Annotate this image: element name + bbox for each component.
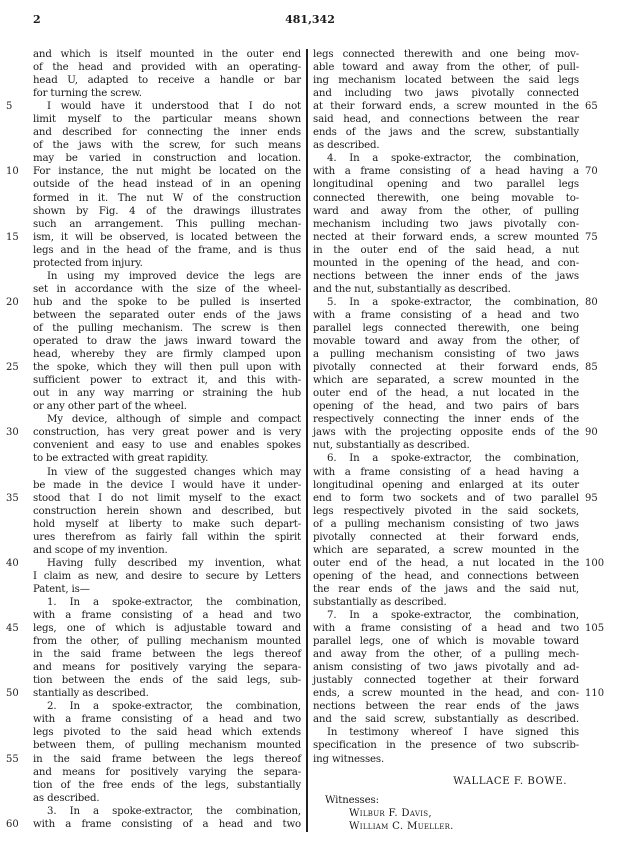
text-line: ures therefrom as fairly fall within the… (33, 531, 301, 544)
margin-line-number: 105 (585, 622, 604, 635)
text-line: head, whereby they are firmly clamped up… (33, 348, 301, 361)
text-line: For instance, the nut might be located o… (33, 165, 301, 178)
text-line: end to form two sockets and of two paral… (313, 492, 579, 505)
text-line: between them, of pulling mechanism mount… (33, 739, 301, 752)
text-line: in the said frame between the legs there… (33, 753, 301, 766)
text-line: which are separated, a screw mounted in … (313, 374, 579, 387)
text-line: legs pivoted to the said head which exte… (33, 726, 301, 739)
left-text-column: and which is itself mounted in the outer… (33, 48, 301, 831)
text-line: may be varied in construction and locati… (33, 152, 301, 165)
text-line: nected at their forward ends, a screw mo… (313, 231, 579, 244)
text-line: legs and in the head of the frame, and i… (33, 244, 301, 257)
text-line: in the outer end of the said head, a nut (313, 244, 579, 257)
text-line: I would have it understood that I do not (33, 100, 301, 113)
text-line: which are separated, a screw mounted in … (313, 544, 579, 557)
text-line: of the head and provided with an operati… (33, 61, 301, 74)
margin-line-number: 70 (585, 165, 598, 178)
text-line: limit myself to the particular means sho… (33, 113, 301, 126)
text-line: My device, although of simple and compac… (33, 413, 301, 426)
text-line: connected therewith, one being movable t… (313, 192, 579, 205)
text-line: outside of the head instead of in an ope… (33, 178, 301, 191)
margin-line-number: 40 (6, 557, 19, 570)
margin-line-number: 50 (6, 687, 19, 700)
text-line: of the pulling mechanism. The screw is t… (33, 322, 301, 335)
margin-line-number: 25 (6, 361, 19, 374)
margin-line-number: 85 (585, 361, 598, 374)
text-line: the spoke, which they will then pull upo… (33, 361, 301, 374)
text-line: construction, has very great power and i… (33, 426, 301, 439)
text-line: stood that I do not limit myself to the … (33, 492, 301, 505)
witness-name: Wilbur F. Davis, (313, 807, 579, 820)
text-line: of the jaws with the screw, for such mea… (33, 139, 301, 152)
text-line: able toward and away from the other, of … (313, 61, 579, 74)
text-line: and which is itself mounted in the outer… (33, 48, 301, 61)
text-line: tion between the ends of the said legs, … (33, 674, 301, 687)
text-line: Having fully described my invention, wha… (33, 557, 301, 570)
text-line: be made in the device I would have it un… (33, 479, 301, 492)
margin-line-number: 60 (6, 818, 19, 831)
margin-line-number: 95 (585, 492, 598, 505)
text-line: opening of the head, and two pairs of ba… (313, 400, 579, 413)
text-line: from the other, of pulling mechanism mou… (33, 635, 301, 648)
text-line: with a frame consisting of a head and tw… (33, 818, 301, 831)
text-line: as described. (313, 139, 579, 152)
text-line: with a frame consisting of a head and tw… (313, 622, 579, 635)
text-line: legs connected therewith and one being m… (313, 48, 579, 61)
text-line: legs respectively pivoted in the said so… (313, 505, 579, 518)
text-line: to be extracted with great rapidity. (33, 452, 301, 465)
margin-line-number: 35 (6, 492, 19, 505)
witness-name: William C. Mueller. (313, 820, 579, 833)
text-line: opening of the head, and connections bet… (313, 570, 579, 583)
column-divider (306, 49, 308, 832)
margin-line-number: 45 (6, 622, 19, 635)
text-line: anism consisting of two jaws pivotally a… (313, 661, 579, 674)
margin-line-number: 65 (585, 100, 598, 113)
text-line: as described. (33, 792, 301, 805)
text-line: with a frame consisting of a head having… (313, 165, 579, 178)
text-line: outer end of the head, a nut located in … (313, 387, 579, 400)
text-line: 6. In a spoke-extractor, the combination… (313, 452, 579, 465)
text-line: in the said frame between the legs there… (33, 648, 301, 661)
text-line: pivotally connected at their forward end… (313, 531, 579, 544)
text-line: and scope of my invention. (33, 544, 301, 557)
margin-line-number: 75 (585, 231, 598, 244)
text-line: with a frame consisting of a head and tw… (33, 713, 301, 726)
text-line: a pulling mechanism consisting of two ja… (313, 348, 579, 361)
right-text-column: legs connected therewith and one being m… (313, 48, 579, 833)
text-line: for turning the screw. (33, 87, 301, 100)
text-line: and the nut, substantially as described. (313, 283, 579, 296)
text-line: tion of the free ends of the legs, subst… (33, 779, 301, 792)
text-line: and described for connecting the inner e… (33, 126, 301, 139)
text-line: protected from injury. (33, 257, 301, 270)
text-line: between the separated outer ends of the … (33, 309, 301, 322)
text-line: nut, substantially as described. (313, 439, 579, 452)
text-line: and away from the other, of a pulling me… (313, 648, 579, 661)
text-line: operated to draw the jaws inward toward … (33, 335, 301, 348)
text-line: or any other part of the wheel. (33, 400, 301, 413)
margin-line-number: 15 (6, 231, 19, 244)
text-line: specification in the presence of two sub… (313, 739, 579, 752)
text-line: 4. In a spoke-extractor, the combination… (313, 152, 579, 165)
text-line: with a frame consisting of a head and tw… (313, 309, 579, 322)
text-line: with a frame consisting of a head and tw… (33, 609, 301, 622)
text-line: set in accordance with the size of the w… (33, 283, 301, 296)
text-line: Patent, is— (33, 583, 301, 596)
text-line: and including two jaws pivotally connect… (313, 87, 579, 100)
text-line: head U, adapted to receive a handle or b… (33, 74, 301, 87)
margin-line-number: 5 (6, 100, 12, 113)
text-line: of a pulling mechanism consisting of two… (313, 518, 579, 531)
text-line: mounted in the opening of the head, and … (313, 257, 579, 270)
text-line: said head, and connections between the r… (313, 113, 579, 126)
margin-line-number: 90 (585, 426, 598, 439)
text-line: the rear ends of the jaws and the said n… (313, 583, 579, 596)
text-line: 1. In a spoke-extractor, the combination… (33, 596, 301, 609)
text-line: ing mechanism located between the said l… (313, 74, 579, 87)
text-line: pivotally connected at their forward end… (313, 361, 579, 374)
text-line: out in any way marring or straining the … (33, 387, 301, 400)
margin-line-number: 80 (585, 296, 598, 309)
text-line: In view of the suggested changes which m… (33, 466, 301, 479)
text-line: at their forward ends, a screw mounted i… (313, 100, 579, 113)
text-line: such an arrangement. This pulling mechan… (33, 218, 301, 231)
text-line: formed in it. The nut W of the construct… (33, 192, 301, 205)
text-line: jaws with the projecting opposite ends o… (313, 426, 579, 439)
margin-line-number: 30 (6, 426, 19, 439)
text-line: and means for positively varying the sep… (33, 766, 301, 779)
margin-line-number: 10 (6, 165, 19, 178)
witnesses-label: Witnesses: (313, 794, 579, 807)
text-line: legs, one of which is adjustable toward … (33, 622, 301, 635)
text-line: parallel legs, one of which is movable t… (313, 635, 579, 648)
text-line: hub and the spoke to be pulled is insert… (33, 296, 301, 309)
text-line: nections between the rear ends of the ja… (313, 700, 579, 713)
text-line: ism, it will be observed, is located bet… (33, 231, 301, 244)
text-line: 2. In a spoke-extractor, the combination… (33, 700, 301, 713)
text-line: shown by Fig. 4 of the drawings illustra… (33, 205, 301, 218)
margin-line-number: 55 (6, 753, 19, 766)
text-line: sufficient power to extract it, and this… (33, 374, 301, 387)
text-line: and means for positively varying the sep… (33, 661, 301, 674)
margin-line-number: 20 (6, 296, 19, 309)
text-line: nections between the inner ends of the j… (313, 270, 579, 283)
text-line: movable toward and away from the other, … (313, 335, 579, 348)
text-line: convenient and easy to use and enables s… (33, 439, 301, 452)
text-line: ends, a screw mounted in the head, and c… (313, 687, 579, 700)
text-line: In using my improved device the legs are (33, 270, 301, 283)
text-line: hold myself at liberty to make such depa… (33, 518, 301, 531)
text-line: stantially as described. (33, 687, 301, 700)
margin-line-number: 100 (585, 557, 604, 570)
text-line: In testimony whereof I have signed this (313, 726, 579, 739)
text-line: longitudinal opening and two parallel le… (313, 178, 579, 191)
text-line: justably connected together at their for… (313, 674, 579, 687)
text-line: I claim as new, and desire to secure by … (33, 570, 301, 583)
text-line: ward and away from the other, of pulling (313, 205, 579, 218)
text-line: 5. In a spoke-extractor, the combination… (313, 296, 579, 309)
text-line: substantially as described. (313, 596, 579, 609)
text-line: respectively connecting the inner ends o… (313, 413, 579, 426)
text-line: mechanism including two jaws pivotally c… (313, 218, 579, 231)
text-line: 3. In a spoke-extractor, the combination… (33, 805, 301, 818)
text-line: and the said screw, substantially as des… (313, 713, 579, 726)
inventor-signature: WALLACE F. BOWE. (313, 775, 579, 788)
text-line: outer end of the head, a nut located in … (313, 557, 579, 570)
text-line: 7. In a spoke-extractor, the combination… (313, 609, 579, 622)
text-line: longitudinal opening and enlarged at its… (313, 479, 579, 492)
text-line: with a frame consisting of a head having… (313, 466, 579, 479)
patent-number: 481,342 (0, 13, 620, 26)
text-line: construction herein shown and described,… (33, 505, 301, 518)
margin-line-number: 110 (585, 687, 604, 700)
text-line: ends of the jaws and the screw, substant… (313, 126, 579, 139)
text-line: ing witnesses. (313, 753, 579, 766)
text-line: parallel legs connected therewith, one b… (313, 322, 579, 335)
